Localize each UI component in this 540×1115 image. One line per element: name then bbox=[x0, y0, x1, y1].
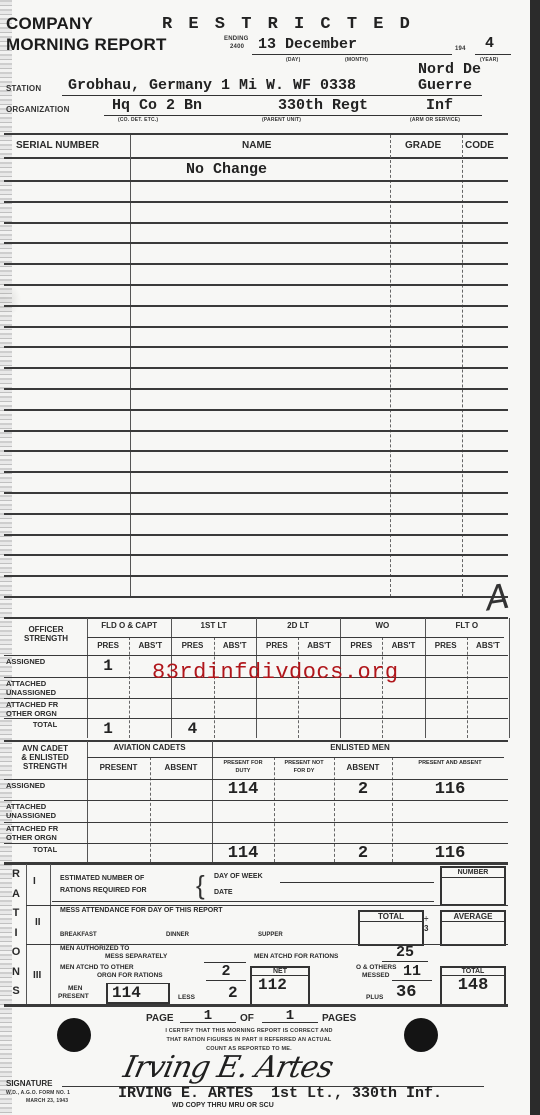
roster-divider-serial bbox=[130, 135, 131, 597]
officer-subcol-header: PRES bbox=[340, 641, 382, 650]
plus-label: PLUS bbox=[366, 994, 383, 1001]
mess-total-box: TOTAL bbox=[358, 910, 424, 946]
month-caption: (MONTH) bbox=[345, 57, 368, 63]
signer-name: IRVING E. ARTES 1st Lt., 330th Inf. bbox=[118, 1085, 442, 1102]
officer-cell: 1 bbox=[87, 657, 129, 675]
station-value: Grobhau, Germany 1 Mi W. WF 0338 bbox=[68, 77, 356, 94]
roster-row-line bbox=[4, 554, 508, 556]
ending-label: ENDING bbox=[224, 36, 249, 42]
authorized-label-2: MESS SEPARATELY bbox=[105, 953, 167, 960]
roster-row-line bbox=[4, 367, 508, 369]
men-present-label-1: MEN bbox=[68, 985, 82, 992]
officer-col-divider bbox=[509, 618, 510, 738]
rations-bottom-border bbox=[4, 1004, 508, 1007]
atchd-for-rations-label: MEN ATCHD FOR RATIONS bbox=[254, 953, 338, 960]
officer-subcol-header: ABS'T bbox=[129, 641, 171, 650]
rations-side-letter: I bbox=[6, 927, 26, 939]
officer-subcol-header: ABS'T bbox=[467, 641, 509, 650]
day-of-week-label: DAY OF WEEK bbox=[214, 873, 263, 880]
enlisted-col-header: ABSENT bbox=[334, 763, 392, 772]
roster-row-line bbox=[4, 201, 508, 203]
station-label: STATION bbox=[6, 84, 41, 93]
form-date: MARCH 23, 1943 bbox=[26, 1098, 68, 1104]
col-serial-number: SERIAL NUMBER bbox=[16, 140, 99, 151]
page-label: PAGE bbox=[146, 1013, 174, 1024]
copy-note: WD COPY THRU MRU OR SCU bbox=[172, 1102, 274, 1109]
rations-required-line2: RATIONS REQUIRED FOR bbox=[60, 885, 147, 897]
enlisted-row-label: TOTAL bbox=[6, 845, 84, 854]
officer-subcol-header: PRES bbox=[87, 641, 129, 650]
year-prefix: 194 bbox=[455, 46, 466, 52]
day-caption: (DAY) bbox=[286, 57, 300, 63]
officer-subcol-header: PRES bbox=[171, 641, 213, 650]
year-field: 4 bbox=[475, 38, 511, 55]
enlisted-row-line bbox=[4, 822, 508, 823]
roster-row-line bbox=[4, 430, 508, 432]
enlisted-row-label: ASSIGNED bbox=[6, 781, 84, 790]
roster-row-line bbox=[4, 534, 508, 536]
rations-side-letter: A bbox=[6, 888, 26, 900]
pages-label: PAGES bbox=[322, 1013, 356, 1024]
number-box-label: NUMBER bbox=[442, 868, 504, 878]
morning-report-sheet: COMPANY MORNING REPORT R E S T R I C T E… bbox=[0, 0, 530, 1115]
arm-value: Inf bbox=[426, 97, 453, 114]
unit-caption: (CO. DET. ETC.) bbox=[118, 117, 158, 123]
certification-line1: I CERTIFY THAT THIS MORNING REPORT IS CO… bbox=[124, 1027, 374, 1036]
roster-entry-name: No Change bbox=[186, 161, 267, 178]
rations-required-line1: ESTIMATED NUMBER OF bbox=[60, 873, 147, 885]
col-code: CODE bbox=[465, 140, 494, 151]
date-value: 13 December bbox=[258, 36, 357, 53]
roster-top-border bbox=[4, 133, 508, 135]
enlisted-col-header: PRESENT NOT FOR DY bbox=[274, 759, 334, 775]
roster-row-line bbox=[4, 346, 508, 348]
atchd-other-label-2: ORGN FOR RATIONS bbox=[97, 972, 163, 979]
officer-subcol-header: PRES bbox=[425, 641, 467, 650]
col-grade: GRADE bbox=[405, 140, 441, 151]
enlisted-col-divider bbox=[274, 757, 275, 862]
rations-numeral-divider bbox=[50, 864, 51, 1004]
year-caption: (YEAR) bbox=[480, 57, 498, 63]
ending-time-label: 2400 bbox=[230, 44, 244, 50]
rations-side-letter: S bbox=[6, 985, 26, 997]
atchd-other-label-1: MEN ATCHD TO OTHER bbox=[60, 964, 134, 971]
men-present-box: 114 bbox=[106, 983, 170, 1004]
roster-row-line bbox=[4, 326, 508, 328]
officer-row-line bbox=[4, 718, 508, 719]
officer-subcol-header: ABS'T bbox=[382, 641, 424, 650]
breakfast-label: BREAKFAST bbox=[60, 932, 97, 938]
date-label: DATE bbox=[214, 889, 233, 896]
enlisted-col-divider bbox=[150, 757, 151, 862]
rations-letter-divider bbox=[26, 864, 27, 1004]
date-field: 13 December bbox=[252, 38, 452, 55]
unit-value: Hq Co 2 Bn bbox=[112, 97, 202, 114]
officer-group-header: FLT O bbox=[425, 621, 509, 630]
roster-row-line bbox=[4, 409, 508, 411]
supper-label: SUPPER bbox=[258, 932, 283, 938]
officer-col-divider bbox=[298, 637, 299, 738]
section-iii-numeral: III bbox=[33, 970, 41, 981]
enlisted-row-label: ATTACHED UNASSIGNED bbox=[6, 802, 84, 820]
enlisted-cell: 116 bbox=[392, 844, 508, 863]
officer-col-divider bbox=[467, 637, 468, 738]
organization-label: ORGANIZATION bbox=[6, 105, 70, 114]
enlisted-col-header: PRESENT AND ABSENT bbox=[392, 759, 508, 767]
roster-row-line bbox=[4, 305, 508, 307]
mess-total-label: TOTAL bbox=[360, 912, 422, 922]
organization-field: Hq Co 2 Bn 330th Regt Inf bbox=[104, 98, 482, 116]
number-box: NUMBER bbox=[440, 866, 506, 906]
total-pages: 1 bbox=[262, 1008, 318, 1023]
mess-attendance-title: MESS ATTENDANCE FOR DAY OF THIS REPORT bbox=[60, 907, 223, 914]
officer-title-line2: STRENGTH bbox=[8, 634, 84, 643]
others-label-2: MESSED bbox=[362, 972, 389, 979]
form-title-line2: MORNING REPORT bbox=[6, 35, 167, 55]
enlisted-row-label: ATTACHED FR OTHER ORGN bbox=[6, 824, 84, 842]
officer-title-line1: OFFICER bbox=[8, 625, 84, 634]
year-value: 4 bbox=[485, 35, 494, 52]
punch-hole-right bbox=[404, 1018, 438, 1052]
ration-total-value: 148 bbox=[442, 976, 504, 995]
authorized-field bbox=[204, 952, 246, 963]
roster-row-line bbox=[4, 180, 508, 182]
classification-stamp: R E S T R I C T E D bbox=[162, 15, 413, 34]
page-number: 1 bbox=[180, 1008, 236, 1023]
enlisted-men-header: ENLISTED MEN bbox=[212, 743, 508, 752]
officer-cell: 4 bbox=[171, 720, 213, 738]
net-value: 112 bbox=[252, 976, 308, 994]
dinner-label: DINNER bbox=[166, 932, 189, 938]
signature-label: SIGNATURE bbox=[6, 1079, 53, 1088]
enlisted-title-line1: AVN CADET bbox=[6, 744, 84, 753]
handwritten-signature: Irving E. Artes bbox=[120, 1050, 335, 1085]
enlisted-title-line2: & ENLISTED bbox=[6, 753, 84, 762]
officer-subcol-header: PRES bbox=[256, 641, 298, 650]
enlisted-col-header: ABSENT bbox=[150, 763, 212, 772]
roster-divider-grade bbox=[390, 135, 391, 597]
enlisted-cell: 114 bbox=[212, 844, 274, 863]
roster-row-line bbox=[4, 284, 508, 286]
officer-row-line bbox=[4, 655, 508, 656]
enlisted-col-header: PRESENT bbox=[87, 763, 150, 772]
roster-row-line bbox=[4, 388, 508, 390]
officer-cell: 1 bbox=[87, 720, 129, 738]
enlisted-col-header: PRESENT FOR DUTY bbox=[212, 759, 274, 775]
section-i-numeral: I bbox=[33, 876, 36, 887]
aviation-cadets-header: AVIATION CADETS bbox=[87, 743, 212, 752]
enlisted-top-border bbox=[4, 740, 508, 742]
others-label-1: O & OTHERS bbox=[356, 964, 396, 971]
roster-divider-code bbox=[462, 135, 463, 597]
of-label: OF bbox=[240, 1013, 254, 1024]
ration-total-label: TOTAL bbox=[442, 968, 504, 976]
roster-row-line bbox=[4, 513, 508, 515]
enlisted-cell: 2 bbox=[334, 844, 392, 863]
officer-subcol-header: ABS'T bbox=[214, 641, 256, 650]
section-i-border bbox=[52, 901, 434, 902]
scan-edge-right bbox=[530, 0, 540, 1115]
roster-row-line bbox=[4, 575, 508, 577]
atchd-for-rations-value: 25 bbox=[382, 944, 428, 962]
roster-row-line bbox=[4, 596, 508, 598]
punch-hole-left bbox=[57, 1018, 91, 1052]
arm-caption: (ARM OR SERVICE) bbox=[410, 117, 460, 123]
less-value: 2 bbox=[228, 984, 238, 1002]
roster-row-line bbox=[4, 242, 508, 244]
others-messed-value: 11 bbox=[392, 963, 432, 981]
rations-side-letter: T bbox=[6, 907, 26, 919]
watermark-text: 83rdinfdivdocs.org bbox=[152, 660, 399, 685]
officer-col-divider bbox=[425, 618, 426, 738]
authorized-label-1: MEN AUTHORIZED TO bbox=[60, 945, 129, 952]
certification-line2: THAT RATION FIGURES IN PART II REFERRED … bbox=[124, 1036, 374, 1045]
net-label: NET bbox=[252, 968, 308, 976]
enlisted-cell: 114 bbox=[212, 780, 274, 799]
enlisted-title-line3: STRENGTH bbox=[6, 762, 84, 771]
officer-row-label: ASSIGNED bbox=[6, 657, 84, 666]
form-title-line1: COMPANY bbox=[6, 14, 93, 34]
officer-col-divider bbox=[214, 637, 215, 738]
roster-row-line bbox=[4, 263, 508, 265]
officer-col-divider bbox=[382, 637, 383, 738]
station-field: Grobhau, Germany 1 Mi W. WF 0338 Guerre bbox=[62, 78, 482, 96]
enlisted-cell: 116 bbox=[392, 780, 508, 799]
men-present-label-2: PRESENT bbox=[58, 993, 89, 1000]
section-ii-top bbox=[26, 905, 508, 906]
officer-group-header: 1ST LT bbox=[171, 621, 255, 630]
officer-row-label: ATTACHED UNASSIGNED bbox=[6, 679, 84, 697]
men-present-value: 114 bbox=[108, 984, 168, 1002]
enlisted-strength-title: AVN CADET & ENLISTED STRENGTH bbox=[6, 744, 84, 771]
section-ii-numeral: II bbox=[35, 917, 41, 928]
rations-side-letter: O bbox=[6, 946, 26, 958]
less-label: LESS bbox=[178, 994, 195, 1001]
divide-by-three: ÷ 3 bbox=[424, 914, 434, 934]
mess-average-label: AVERAGE bbox=[442, 912, 504, 922]
brace-icon: { bbox=[196, 870, 205, 901]
ration-total-box: TOTAL 148 bbox=[440, 966, 506, 1006]
roster-row-line bbox=[4, 471, 508, 473]
officer-group-header: FLD O & CAPT bbox=[87, 621, 171, 630]
rations-required-label: ESTIMATED NUMBER OF RATIONS REQUIRED FOR bbox=[60, 873, 147, 897]
officer-group-header: WO bbox=[340, 621, 424, 630]
roster-header-border bbox=[4, 157, 508, 159]
roster-row-line bbox=[4, 450, 508, 452]
map-ref-line2: Guerre bbox=[418, 77, 472, 94]
officer-strength-title: OFFICER STRENGTH bbox=[8, 625, 84, 643]
parent-unit-value: 330th Regt bbox=[278, 97, 368, 114]
plus-value: 36 bbox=[396, 983, 416, 1002]
officer-subcol-header: ABS'T bbox=[298, 641, 340, 650]
day-of-week-field bbox=[280, 872, 434, 883]
officer-row-line bbox=[87, 637, 504, 638]
officer-row-label: ATTACHED FR OTHER ORGN bbox=[6, 700, 84, 718]
atchd-other-value: 2 bbox=[206, 963, 246, 981]
enlisted-row-line bbox=[87, 757, 504, 758]
net-box: NET 112 bbox=[250, 966, 310, 1006]
officer-row-line bbox=[4, 698, 508, 699]
margin-mark: A bbox=[483, 577, 512, 620]
officer-group-header: 2D LT bbox=[256, 621, 340, 630]
officer-row-label: TOTAL bbox=[6, 720, 84, 729]
enlisted-cell: 2 bbox=[334, 780, 392, 799]
parent-caption: (PARENT UNIT) bbox=[262, 117, 301, 123]
rations-side-letter: R bbox=[6, 868, 26, 880]
enlisted-row-line bbox=[4, 800, 508, 801]
mess-average-box: AVERAGE bbox=[440, 910, 506, 946]
rations-side-letter: N bbox=[6, 966, 26, 978]
roster-row-line bbox=[4, 222, 508, 224]
roster-row-line bbox=[4, 492, 508, 494]
form-number: W.D., A.G.O. FORM NO. 1 bbox=[6, 1090, 70, 1096]
map-ref-line1: Nord De bbox=[418, 61, 481, 78]
rations-top-border bbox=[4, 862, 508, 865]
col-name: NAME bbox=[242, 140, 271, 151]
